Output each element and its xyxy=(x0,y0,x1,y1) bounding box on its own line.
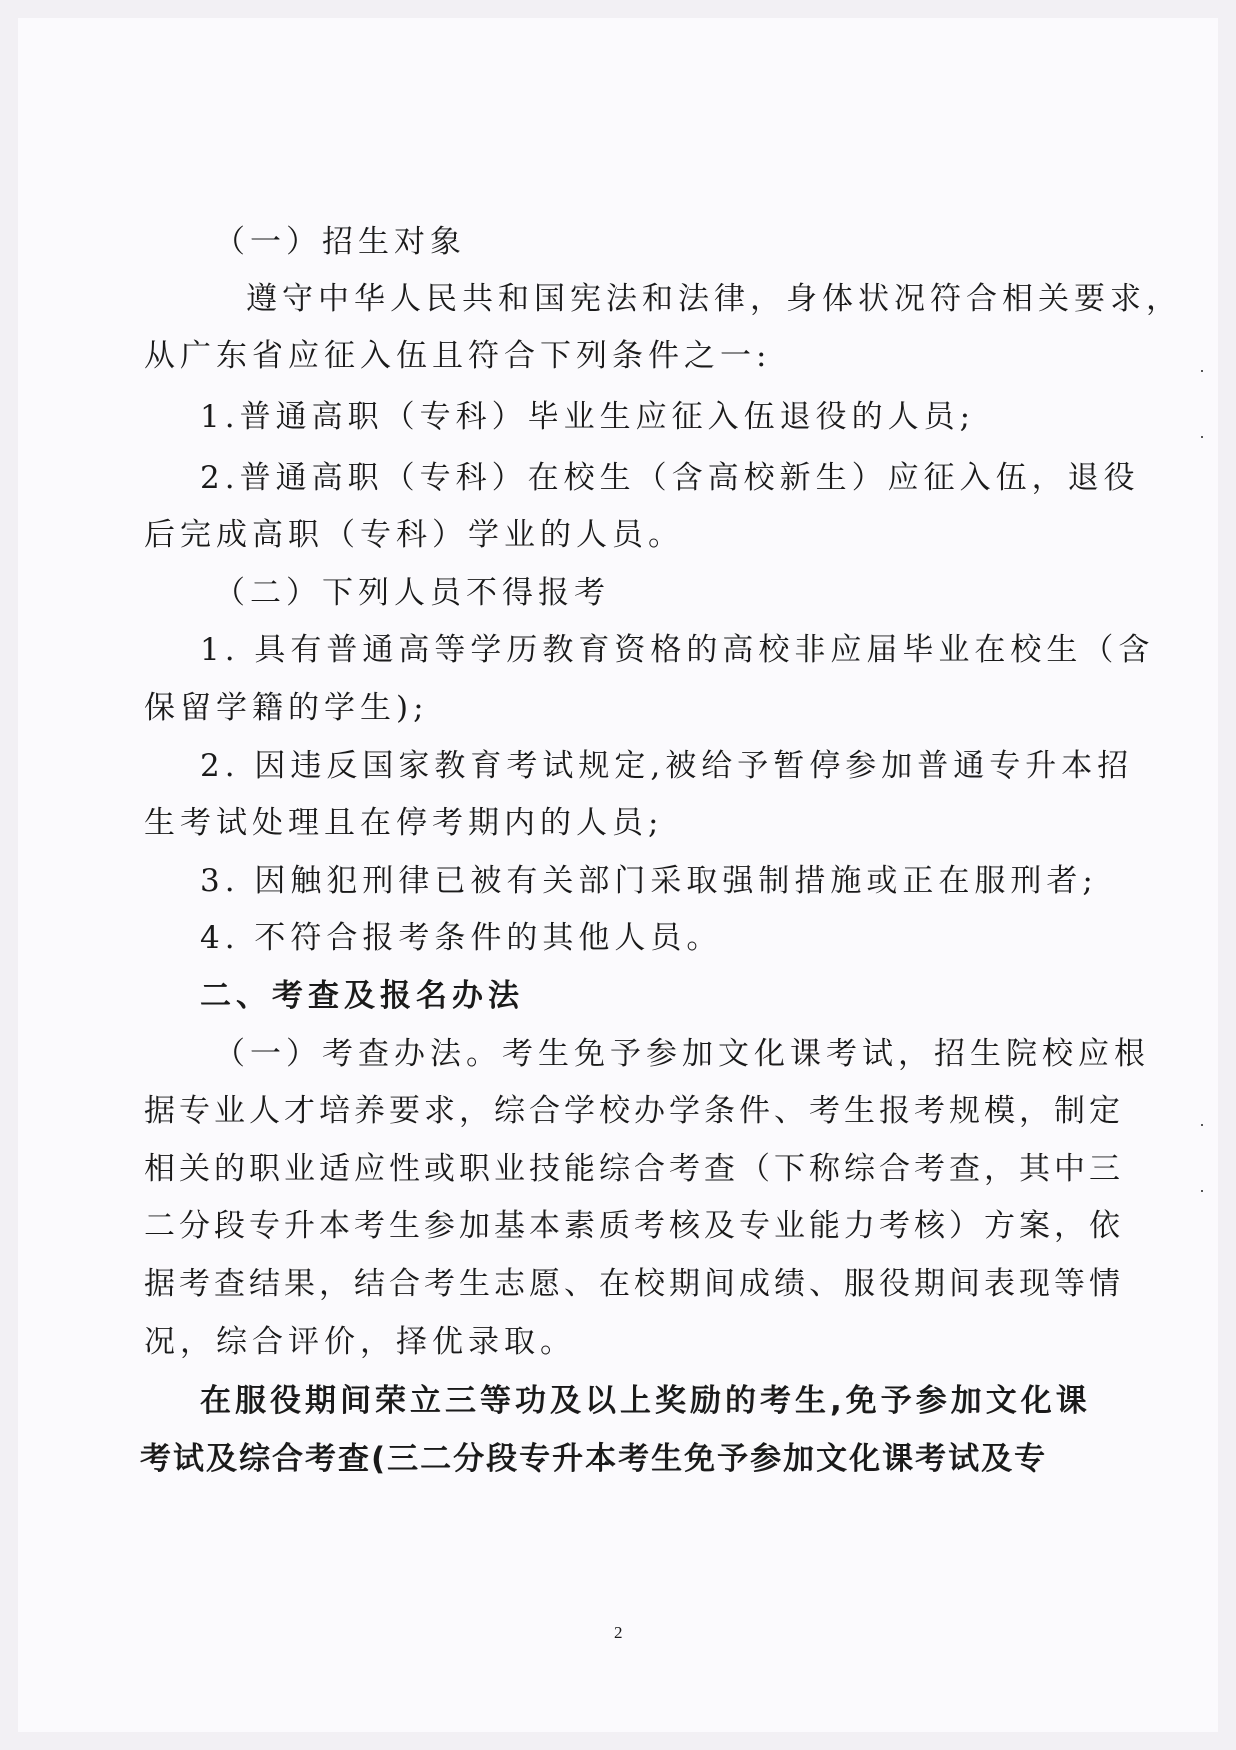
text-line: （一）考查办法。考生免予参加文化课考试，招生院校应根 xyxy=(214,1034,1150,1074)
section-subheading: （二）下列人员不得报考 xyxy=(214,573,610,613)
text-line: 保留学籍的学生); xyxy=(144,688,429,728)
list-item: 2.普通高职（专科）在校生（含高校新生）应征入伍，退役 xyxy=(200,458,1140,498)
text-line: 生考试处理且在停考期内的人员; xyxy=(144,803,663,843)
bold-text-line: 考试及综合考查(三二分段专升本考生免予参加文化课考试及专 xyxy=(140,1439,1047,1479)
text-line: 据考查结果，结合考生志愿、在校期间成绩、服役期间表现等情 xyxy=(144,1264,1124,1304)
text-line: （一）招生对象 xyxy=(214,222,466,262)
page-number: 2 xyxy=(614,1623,623,1643)
document-page: （一）招生对象 遵守中华人民共和国宪法和法律，身体状况符合相关要求， 从广东省应… xyxy=(18,18,1218,1732)
text-line: 遵守中华人民共和国宪法和法律，身体状况符合相关要求， xyxy=(246,279,1182,319)
list-item: 1. 具有普通高等学历教育资格的高校非应届毕业在校生（含 xyxy=(200,630,1154,670)
text-line: 相关的职业适应性或职业技能综合考查（下称综合考查，其中三 xyxy=(144,1149,1124,1189)
text-line: 从广东省应征入伍且符合下列条件之一: xyxy=(144,336,771,376)
bold-text-line: 在服役期间荣立三等功及以上奖励的考生,免予参加文化课 xyxy=(200,1381,1091,1421)
scan-mark xyxy=(1201,436,1203,438)
scan-mark xyxy=(1201,370,1203,372)
text-line: 据专业人才培养要求，综合学校办学条件、考生报考规模，制定 xyxy=(144,1091,1124,1131)
list-item: 4. 不符合报考条件的其他人员。 xyxy=(200,918,722,958)
text-line: 二分段专升本考生参加基本素质考核及专业能力考核）方案，依 xyxy=(144,1206,1124,1246)
text-line: 况，综合评价，择优录取。 xyxy=(144,1322,576,1362)
scan-mark xyxy=(1201,1190,1203,1192)
scan-mark xyxy=(1201,1124,1203,1126)
list-item: 1.普通高职（专科）毕业生应征入伍退役的人员; xyxy=(200,397,975,437)
list-item: 2. 因违反国家教育考试规定,被给予暂停参加普通专升本招 xyxy=(200,746,1133,786)
list-item: 3. 因触犯刑律已被有关部门采取强制措施或正在服刑者; xyxy=(200,861,1098,901)
section-heading: 二、考查及报名办法 xyxy=(200,976,524,1016)
text-line: 后完成高职（专科）学业的人员。 xyxy=(144,515,684,555)
